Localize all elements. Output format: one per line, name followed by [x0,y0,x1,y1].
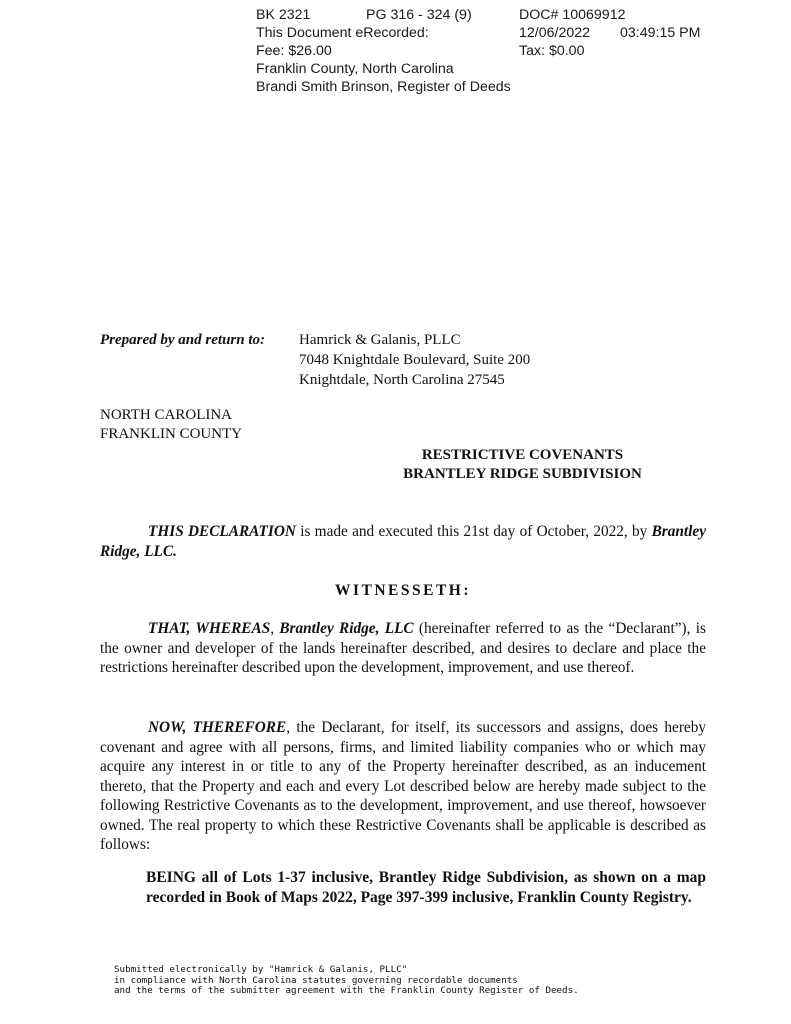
whereas-separator: , [270,620,279,637]
declaration-text: is made and executed this 21st day of Oc… [296,523,652,540]
county-name: FRANKLIN COUNTY [100,425,242,444]
now-therefore-lead: NOW, THEREFORE [148,719,286,736]
witnesseth-heading: WITNESSETH: [100,582,706,600]
footer-line-1: Submitted electronically by "Hamrick & G… [114,965,579,976]
register-of-deeds: Brandi Smith Brinson, Register of Deeds [256,78,511,96]
street-address: 7048 Knightdale Boulevard, Suite 200 [299,350,530,370]
state-name: NORTH CAROLINA [100,406,242,425]
declaration-paragraph: THIS DECLARATION is made and executed th… [100,522,706,561]
county-state: Franklin County, North Carolina [256,60,454,78]
now-therefore-paragraph: NOW, THEREFORE, the Declarant, for itsel… [100,718,706,855]
doc-number: DOC# 10069912 [519,6,625,24]
title-line-2: BRANTLEY RIDGE SUBDIVISION [300,465,745,484]
prepared-by-label: Prepared by and return to: [100,330,265,350]
recorded-date: 12/06/2022 [519,24,590,42]
now-therefore-text: , the Declarant, for itself, its success… [100,719,706,853]
page-range: PG 316 - 324 (9) [366,6,472,24]
jurisdiction: NORTH CAROLINA FRANKLIN COUNTY [100,406,242,444]
firm-name: Hamrick & Galanis, PLLC [299,330,530,350]
footer-line-3: and the terms of the submitter agreement… [114,986,579,997]
fee: Fee: $26.00 [256,42,332,60]
recorded-time: 03:49:15 PM [620,24,700,42]
whereas-party: Brantley Ridge, LLC [279,620,413,637]
erecorded-label: This Document eRecorded: [256,24,429,42]
tax: Tax: $0.00 [519,42,584,60]
title-line-1: RESTRICTIVE COVENANTS [300,446,745,465]
submission-footer: Submitted electronically by "Hamrick & G… [114,965,579,997]
city-state-zip: Knightdale, North Carolina 27545 [299,370,530,390]
whereas-paragraph: THAT, WHEREAS, Brantley Ridge, LLC (here… [100,619,706,678]
declaration-lead: THIS DECLARATION [148,523,296,540]
book-number: BK 2321 [256,6,310,24]
property-description: BEING all of Lots 1-37 inclusive, Brantl… [146,868,706,908]
return-address: Hamrick & Galanis, PLLC 7048 Knightdale … [299,330,530,390]
whereas-lead: THAT, WHEREAS [148,620,270,637]
document-title: RESTRICTIVE COVENANTS BRANTLEY RIDGE SUB… [300,446,745,484]
